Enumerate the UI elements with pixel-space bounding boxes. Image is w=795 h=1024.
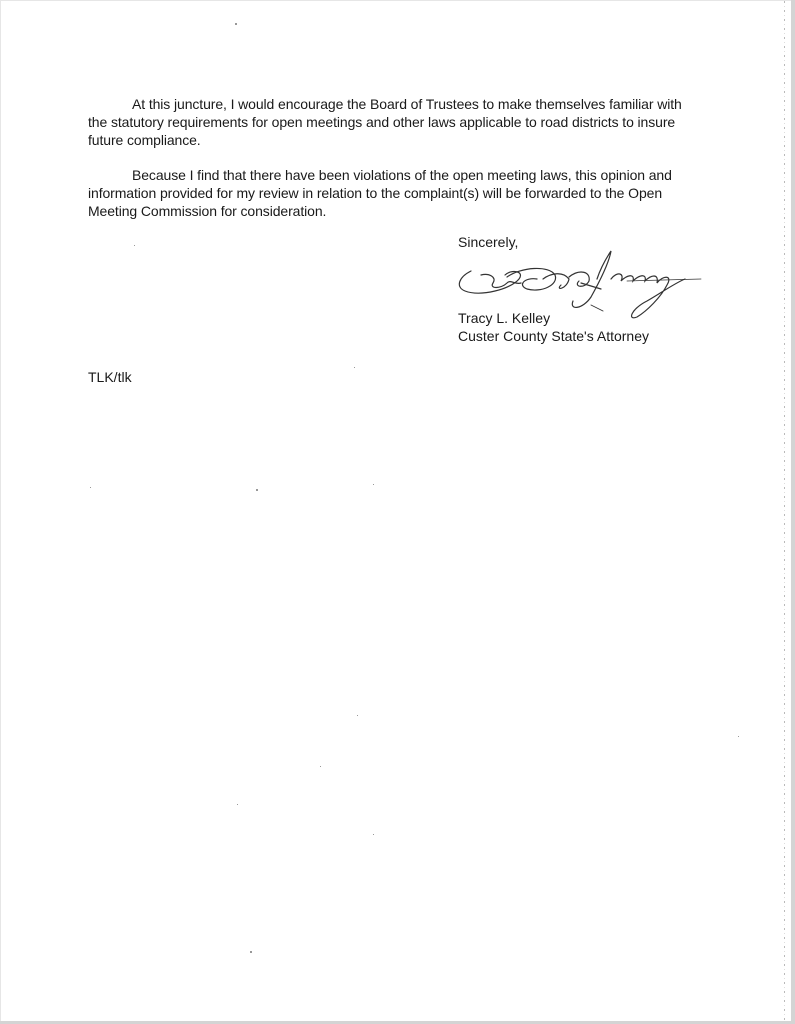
body-paragraph-violations: Because I find that there have been viol…	[88, 166, 688, 220]
scan-speck	[256, 489, 258, 491]
paragraph-text: Because I find that there have been viol…	[88, 167, 672, 219]
signer-name: Tracy L. Kelley	[458, 310, 550, 326]
scan-speck	[250, 951, 252, 953]
scan-speck	[320, 766, 321, 767]
scan-speck	[738, 736, 739, 737]
scan-edge-artifact	[784, 1, 785, 1021]
scan-speck	[235, 23, 237, 25]
paragraph-text: At this juncture, I would encourage the …	[88, 96, 682, 148]
signer-title: Custer County State's Attorney	[458, 328, 649, 344]
scan-speck	[90, 487, 91, 488]
scan-speck	[354, 367, 355, 368]
scan-speck	[237, 804, 238, 805]
document-page: At this juncture, I would encourage the …	[0, 0, 791, 1021]
reference-initials: TLK/tlk	[88, 369, 132, 385]
scan-speck	[373, 834, 374, 835]
scan-speck	[357, 715, 358, 716]
body-paragraph-compliance: At this juncture, I would encourage the …	[88, 95, 688, 149]
scan-speck	[373, 484, 374, 485]
scan-speck	[134, 245, 135, 246]
closing-salutation: Sincerely,	[458, 234, 518, 250]
